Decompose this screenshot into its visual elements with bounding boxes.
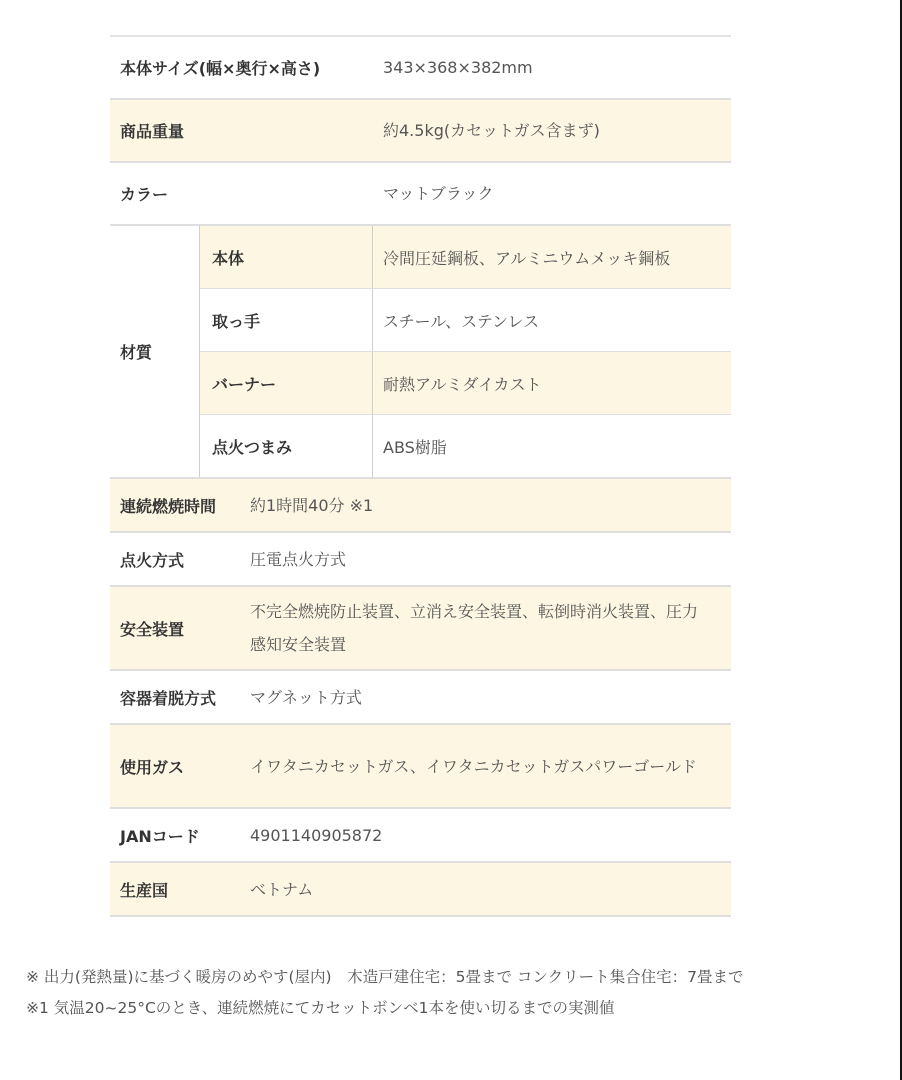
material-subvalue: 耐熱アルミダイカスト (373, 352, 731, 414)
spec-row-material: 材質 本体 冷間圧延鋼板、アルミニウムメッキ鋼板 取っ手 スチール、ステンレス … (110, 226, 731, 479)
material-subrow-ignition-knob: 点火つまみ ABS樹脂 (200, 415, 731, 477)
spec-label: 本体サイズ(幅×奥行×高さ) (110, 56, 373, 79)
spec-label: 連続燃焼時間 (110, 494, 250, 517)
spec-row-safety: 安全装置 不完全燃焼防止装置、立消え安全装置、転倒時消火装置、圧力感知安全装置 (110, 587, 731, 671)
spec-label: 商品重量 (110, 119, 373, 142)
material-subrow-body: 本体 冷間圧延鋼板、アルミニウムメッキ鋼板 (200, 226, 731, 289)
footnote-heating: ※ 出力(発熱量)に基づく暖房のめやす(屋内) 木造戸建住宅：5畳まで コンクリ… (26, 962, 743, 993)
spec-label: JANコード (110, 824, 250, 847)
spec-row-color: カラー マットブラック (110, 163, 731, 226)
spec-row-weight: 商品重量 約4.5kg(カセットガス含まず) (110, 100, 731, 163)
material-subrow-burner: バーナー 耐熱アルミダイカスト (200, 352, 731, 415)
spec-row-attach: 容器着脱方式 マグネット方式 (110, 671, 731, 725)
spec-row-burn-time: 連続燃焼時間 約1時間40分 ※1 (110, 479, 731, 533)
material-sublabel: 本体 (200, 226, 373, 288)
spec-label: 安全装置 (110, 617, 250, 640)
spec-value: 約1時間40分 ※1 (250, 489, 731, 522)
material-subrows: 本体 冷間圧延鋼板、アルミニウムメッキ鋼板 取っ手 スチール、ステンレス バーナ… (200, 226, 731, 477)
spec-value: イワタニカセットガス、イワタニカセットガスパワーゴールド (250, 750, 731, 783)
material-sublabel: 点火つまみ (200, 415, 373, 477)
spec-row-size: 本体サイズ(幅×奥行×高さ) 343×368×382mm (110, 37, 731, 100)
material-subvalue: ABS樹脂 (373, 415, 731, 477)
spec-value: 343×368×382mm (373, 51, 533, 84)
spec-row-country: 生産国 ベトナム (110, 863, 731, 917)
spec-row-gas: 使用ガス イワタニカセットガス、イワタニカセットガスパワーゴールド (110, 725, 731, 809)
spec-label: 生産国 (110, 878, 250, 901)
spec-label: 使用ガス (110, 755, 250, 778)
spec-value: ベトナム (250, 873, 731, 906)
spec-value: 4901140905872 (250, 819, 731, 852)
material-subvalue: スチール、ステンレス (373, 289, 731, 351)
spec-label: 容器着脱方式 (110, 686, 250, 709)
material-subrow-handle: 取っ手 スチール、ステンレス (200, 289, 731, 352)
spec-value: マットブラック (373, 177, 494, 210)
spec-value: 圧電点火方式 (250, 543, 731, 576)
spec-value: 約4.5kg(カセットガス含まず) (373, 114, 600, 147)
spec-value: マグネット方式 (250, 681, 731, 714)
material-label: 材質 (110, 226, 200, 477)
spec-row-jan: JANコード 4901140905872 (110, 809, 731, 863)
spec-label: 点火方式 (110, 548, 250, 571)
material-sublabel: 取っ手 (200, 289, 373, 351)
spec-value: 不完全燃焼防止装置、立消え安全装置、転倒時消火装置、圧力感知安全装置 (250, 595, 731, 661)
spec-table: 本体サイズ(幅×奥行×高さ) 343×368×382mm 商品重量 約4.5kg… (110, 35, 731, 917)
footnotes: ※ 出力(発熱量)に基づく暖房のめやす(屋内) 木造戸建住宅：5畳まで コンクリ… (26, 962, 743, 1024)
spec-row-ignition: 点火方式 圧電点火方式 (110, 533, 731, 587)
spec-label: カラー (110, 182, 373, 205)
material-subvalue: 冷間圧延鋼板、アルミニウムメッキ鋼板 (373, 226, 731, 288)
material-sublabel: バーナー (200, 352, 373, 414)
footnote-burn-time: ※1 気温20~25°Cのとき、連続燃焼にてカセットボンベ1本を使い切るまでの実… (26, 993, 743, 1024)
